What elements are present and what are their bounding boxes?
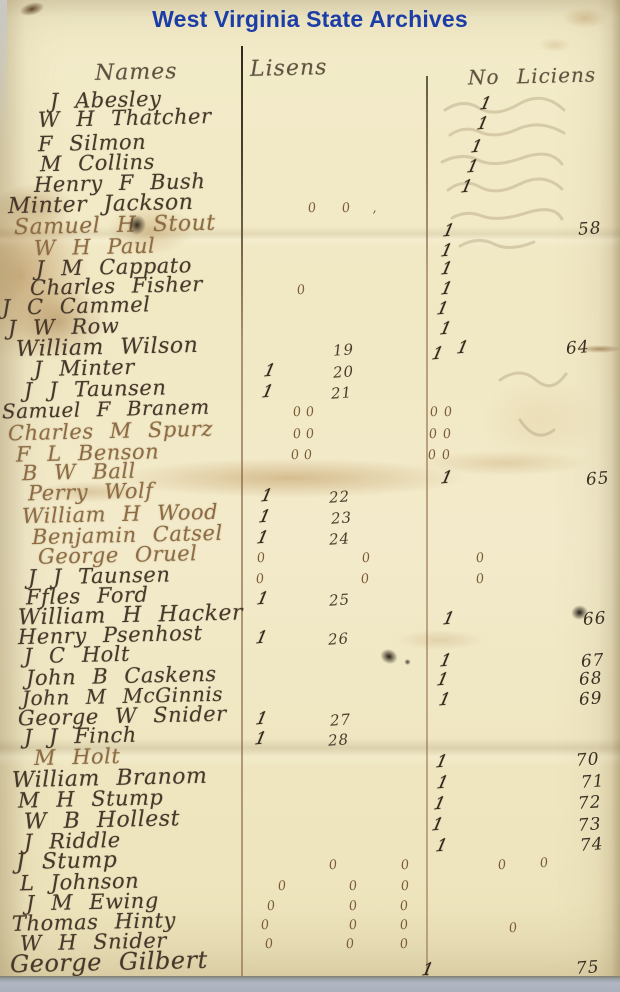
entry-value: 20 — [333, 364, 355, 380]
entry-value: 0 — [277, 879, 287, 893]
entry-value: 0 — [348, 879, 358, 893]
ink-blot — [404, 659, 411, 665]
tally-mark: 1 — [255, 529, 270, 547]
tally-mark: 1 — [255, 590, 270, 608]
tally-mark: 1 — [262, 362, 277, 380]
tally-mark: 1 — [254, 710, 269, 728]
column-header-names: Names — [95, 59, 178, 86]
tally-mark: 1 — [438, 320, 453, 338]
tally-mark: 1 — [435, 774, 450, 792]
column-header-lisens: Lisens — [250, 55, 328, 82]
entry-value: 0 — [400, 858, 410, 872]
tally-mark: 1 — [469, 138, 484, 156]
entry-value: 0 — [508, 921, 518, 935]
entry-value: 27 — [330, 712, 352, 728]
entry-value: 24 — [329, 531, 351, 547]
archive-banner-title: West Virginia State Archives — [0, 6, 620, 33]
entry-value: 73 — [577, 816, 602, 835]
entry-value: 0 — [400, 879, 410, 893]
entry-value: 72 — [577, 794, 602, 813]
entry-value: 74 — [579, 836, 604, 855]
entry-value: , — [371, 202, 377, 215]
entry-value: 21 — [331, 385, 353, 401]
tally-mark: 1 — [437, 691, 452, 709]
entry-value: 0 — [348, 899, 358, 913]
tally-mark: 1 — [459, 178, 474, 196]
scanned-ledger-screenshot: West Virginia State Archives Names Lisen… — [0, 0, 620, 992]
entry-value: 0 — [264, 937, 274, 951]
entry-value: 75 — [575, 959, 600, 978]
column-divider-1 — [241, 46, 243, 980]
entry-value: 0 — [428, 427, 438, 441]
ledger-page: West Virginia State Archives Names Lisen… — [0, 0, 620, 980]
tally-mark: 1 — [254, 629, 269, 647]
entry-value: 0 — [348, 918, 358, 932]
entry-value: 0 — [341, 201, 351, 215]
entry-value: 0 — [399, 899, 409, 913]
entry-value: 0 — [307, 201, 317, 215]
tally-mark: 1 — [475, 115, 490, 133]
entry-value: 25 — [329, 592, 351, 608]
entry-value: 0 — [345, 937, 355, 951]
entry-value: 26 — [328, 631, 350, 647]
entry-value: 58 — [577, 220, 602, 239]
entry-value: 23 — [331, 510, 353, 526]
entry-value: 0 — [475, 572, 485, 586]
ink-blot — [378, 646, 401, 667]
entry-value: 0 — [497, 858, 507, 872]
entry-value: 0 — [399, 937, 409, 951]
entry-value: 0 — [266, 899, 276, 913]
entry-value: 22 — [329, 489, 351, 505]
tally-mark: 1 — [439, 260, 454, 278]
entry-value: 0 — [303, 448, 313, 462]
entry-value: 0 — [442, 427, 452, 441]
entry-value: 0 — [305, 427, 315, 441]
tally-mark: 1 — [260, 383, 275, 401]
tally-mark: 1 — [257, 508, 272, 526]
entry-value: 0 — [305, 405, 315, 419]
tally-mark: 1 — [430, 816, 445, 834]
tally-mark: 1 — [432, 795, 447, 813]
column-header-no-licens: No Liciens — [468, 63, 597, 90]
entry-value: 28 — [328, 732, 350, 748]
entry-value: 0 — [427, 448, 437, 462]
tally-mark: 1 — [259, 487, 274, 505]
entry-value: 69 — [578, 690, 603, 709]
entry-value: 0 — [441, 448, 451, 462]
column-divider-2 — [426, 76, 428, 980]
tally-mark: 1 — [439, 280, 454, 298]
entry-value: 0 — [292, 405, 302, 419]
scan-edge-right — [611, 0, 620, 980]
entry-value: 0 — [443, 405, 453, 419]
entry-name: W H Thatcher — [38, 106, 212, 131]
entry-value: 0 — [475, 551, 485, 565]
entry-value: 0 — [256, 551, 266, 565]
tally-mark: 1 — [441, 222, 456, 240]
entry-value: 64 — [565, 339, 590, 358]
tally-mark: 1 — [253, 730, 268, 748]
scan-edge-bottom — [0, 976, 620, 992]
entry-value: 0 — [260, 918, 270, 932]
entry-value: 0 — [361, 551, 371, 565]
entry-value: 0 — [296, 283, 306, 297]
entry-value: 65 — [585, 470, 610, 489]
scan-edge-left — [0, 0, 7, 150]
tally-mark: 1 — [438, 652, 453, 670]
tally-mark: 1 — [455, 339, 470, 357]
tally-mark: 1 — [434, 753, 449, 771]
entry-value: 0 — [539, 856, 549, 870]
tally-mark: 1 — [435, 300, 450, 318]
tally-mark: 1 — [441, 610, 456, 628]
tally-mark: 1 — [439, 469, 454, 487]
tally-mark: 1 — [430, 345, 445, 363]
tally-mark: 1 — [465, 158, 480, 176]
entry-value: 0 — [292, 427, 302, 441]
tally-mark: 1 — [434, 837, 449, 855]
entry-name: George Gilbert — [10, 948, 208, 976]
entry-value: 70 — [575, 751, 600, 770]
entry-value: 0 — [399, 918, 409, 932]
entry-value: 0 — [328, 858, 338, 872]
entry-value: 71 — [580, 773, 605, 792]
entry-value: 19 — [333, 342, 355, 358]
entry-value: 0 — [429, 405, 439, 419]
entry-value: 0 — [360, 572, 370, 586]
entry-value: 0 — [290, 448, 300, 462]
tally-mark: 1 — [478, 95, 493, 113]
entry-value: 68 — [578, 670, 603, 689]
entry-value: 0 — [255, 572, 265, 586]
tally-mark: 1 — [435, 671, 450, 689]
